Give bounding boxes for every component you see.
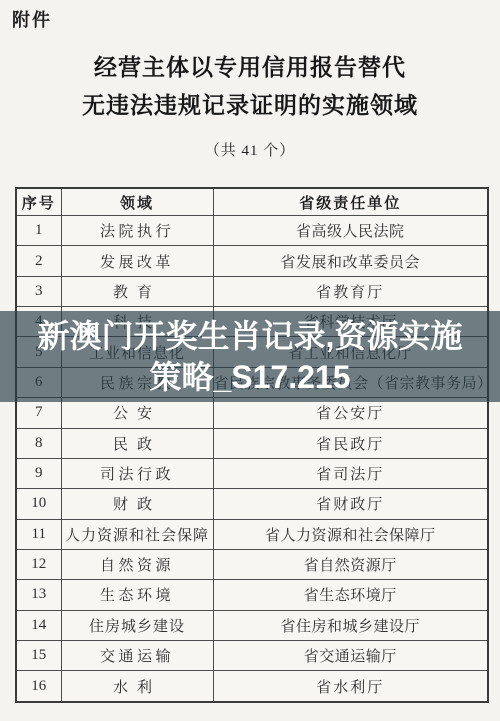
cell-responsible-unit: 省教育厅 [213, 276, 488, 306]
document-title-line2: 无违法违规记录证明的实施领域 [0, 91, 500, 121]
item-count-note: （共 41 个） [0, 139, 500, 160]
document-page: 附件 经营主体以专用信用报告替代 无违法违规记录证明的实施领域 （共 41 个）… [0, 0, 500, 721]
cell-field: 水利 [61, 671, 213, 702]
table-row: 11人力资源和社会保障省人力资源和社会保障厅 [16, 519, 488, 549]
table-row: 2发展改革省发展和改革委员会 [16, 246, 488, 276]
table-header-row: 序号 领域 省级责任单位 [16, 188, 488, 216]
cell-responsible-unit: 省高级人民法院 [213, 216, 488, 246]
header-field: 领域 [61, 188, 213, 216]
cell-serial-number: 7 [16, 398, 61, 428]
table-body: 1法院执行省高级人民法院2发展改革省发展和改革委员会3教育省教育厅4科技省科学技… [16, 216, 488, 703]
cell-field: 自然资源 [61, 549, 213, 579]
watermark-line1: 新澳门开奖生肖记录,资源实施 [0, 316, 500, 357]
cell-field: 法院执行 [61, 216, 213, 246]
table-row: 8民政省民政厅 [16, 428, 488, 458]
cell-responsible-unit: 省水利厅 [213, 671, 488, 702]
table-row: 14住房城乡建设省住房和城乡建设厅 [16, 610, 488, 640]
header-responsible-unit: 省级责任单位 [213, 188, 488, 216]
cell-field: 财政 [61, 489, 213, 519]
cell-serial-number: 10 [16, 489, 61, 519]
implementation-areas-table: 序号 领域 省级责任单位 1法院执行省高级人民法院2发展改革省发展和改革委员会3… [15, 187, 489, 703]
cell-field: 司法行政 [61, 458, 213, 488]
cell-responsible-unit: 省财政厅 [213, 489, 488, 519]
cell-serial-number: 12 [16, 549, 61, 579]
cell-serial-number: 11 [16, 519, 61, 549]
watermark-banner: 新澳门开奖生肖记录,资源实施 策略_S17.215 [0, 311, 500, 402]
cell-serial-number: 13 [16, 580, 61, 610]
cell-field: 发展改革 [61, 246, 213, 276]
table-header: 序号 领域 省级责任单位 [16, 188, 488, 216]
table-row: 3教育省教育厅 [16, 276, 488, 306]
table-row: 13生态环境省生态环境厅 [16, 580, 488, 610]
cell-field: 住房城乡建设 [61, 610, 213, 640]
table-row: 15交通运输省交通运输厅 [16, 641, 488, 671]
cell-responsible-unit: 省自然资源厅 [213, 549, 488, 579]
cell-field: 教育 [61, 276, 213, 306]
cell-responsible-unit: 省交通运输厅 [213, 641, 488, 671]
cell-responsible-unit: 省发展和改革委员会 [213, 246, 488, 276]
cell-serial-number: 9 [16, 458, 61, 488]
header-serial-number: 序号 [16, 188, 61, 216]
cell-serial-number: 3 [16, 276, 61, 306]
table-row: 12自然资源省自然资源厅 [16, 549, 488, 579]
cell-responsible-unit: 省司法厅 [213, 458, 488, 488]
watermark-line2: 策略_S17.215 [0, 357, 500, 398]
table-row: 1法院执行省高级人民法院 [16, 216, 488, 246]
cell-serial-number: 2 [16, 246, 61, 276]
cell-responsible-unit: 省生态环境厅 [213, 580, 488, 610]
document-title-line1: 经营主体以专用信用报告替代 [0, 53, 500, 83]
table-row: 10财政省财政厅 [16, 489, 488, 519]
cell-serial-number: 14 [16, 610, 61, 640]
cell-field: 交通运输 [61, 641, 213, 671]
cell-serial-number: 1 [16, 216, 61, 246]
table-row: 9司法行政省司法厅 [16, 458, 488, 488]
cell-responsible-unit: 省住房和城乡建设厅 [213, 610, 488, 640]
cell-field: 公安 [61, 398, 213, 428]
cell-serial-number: 8 [16, 428, 61, 458]
cell-serial-number: 15 [16, 641, 61, 671]
table-row: 16水利省水利厅 [16, 671, 488, 702]
cell-responsible-unit: 省人力资源和社会保障厅 [213, 519, 488, 549]
cell-responsible-unit: 省民政厅 [213, 428, 488, 458]
cell-serial-number: 16 [16, 671, 61, 702]
cell-field: 民政 [61, 428, 213, 458]
cell-responsible-unit: 省公安厅 [213, 398, 488, 428]
table-row: 7公安省公安厅 [16, 398, 488, 428]
cell-field: 生态环境 [61, 580, 213, 610]
attachment-label: 附件 [12, 6, 52, 32]
cell-field: 人力资源和社会保障 [61, 519, 213, 549]
